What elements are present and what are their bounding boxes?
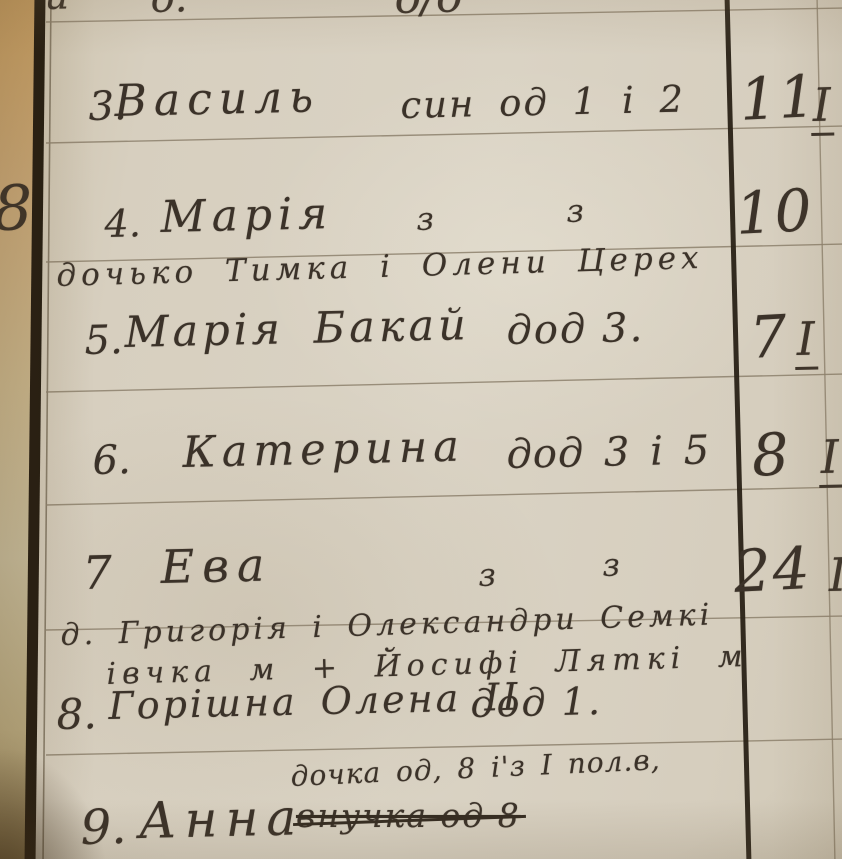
entry-number: 7 [82,545,112,600]
next-column-partial: І [794,311,818,370]
entry-number: 8. [56,689,97,739]
marginal-note: 8 [0,171,33,245]
entry-number: 6. [92,437,131,484]
ditto-mark: з [602,546,620,584]
age-value: 7 [748,302,790,372]
rule-line [46,374,842,392]
entry-name: Горішна Олена ІІ [108,675,521,728]
entry-detail: дод 3 і 5 [506,427,711,478]
entry-detail: дод 3. [506,305,645,354]
strikethrough-text: внучка од 8 [296,796,521,835]
entry-number: 9. [80,799,127,856]
age-value: 10 [734,176,815,248]
rule-line [46,487,842,505]
cut-text-fragment: и [44,0,69,18]
entry-name: Катерина [182,422,465,478]
cut-text-fragment: о/о [394,0,463,24]
binding-line [30,0,40,859]
ditto-mark: з [566,192,584,230]
entry-name: Ева [160,537,273,594]
register-page-scan: 8 и о. о/о 3. Василь син од 1 і 2 11 І 4… [0,0,842,859]
entry-name: Марія Бакай [124,300,470,358]
entry-detail: син од 1 і 2 [400,78,686,127]
margin-line [43,0,51,859]
entry-detail: дод 1. [470,679,602,726]
entry-name: Анна [138,788,305,850]
age-value: 11 [738,62,819,134]
entry-name: Василь [114,71,321,127]
age-value: 24 [732,534,813,606]
rule-line [46,126,842,143]
entry-name: Марія [160,188,334,243]
ditto-mark: з [478,556,496,594]
entry-number: 5. [84,317,123,364]
age-value: 8 [750,420,792,490]
ditto-mark: з [416,200,434,238]
entry-number: 4. [104,201,141,246]
next-column-partial: І [818,429,842,488]
next-column-partial: І [810,77,834,136]
next-column-partial: І [828,548,842,602]
cut-text-fragment: о. [150,0,188,22]
